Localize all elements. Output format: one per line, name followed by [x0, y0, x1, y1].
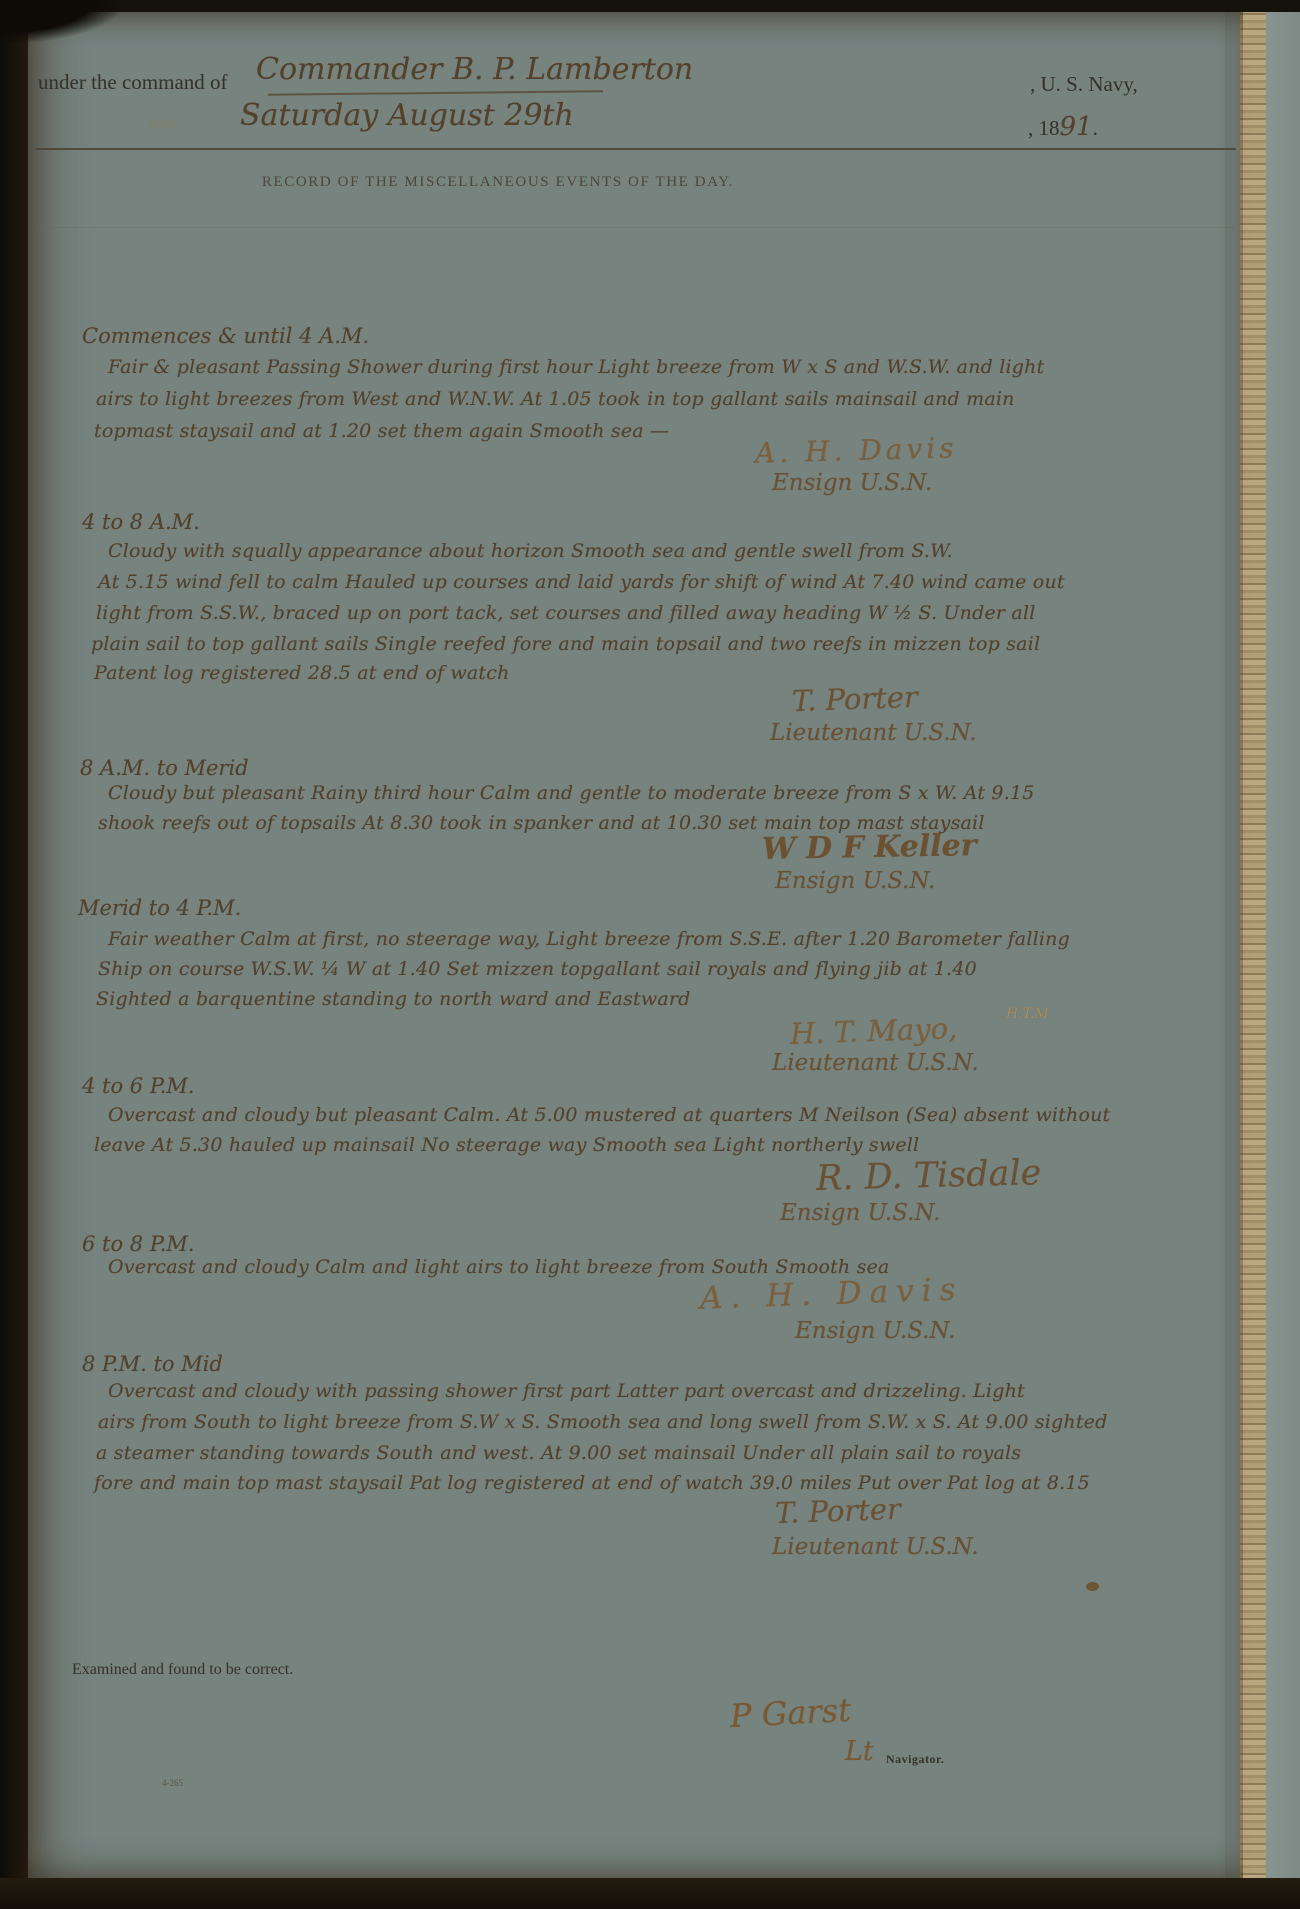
watch-officer-rank: Lieutenant U.S.N. — [772, 1050, 979, 1076]
entry-line: airs from South to light breeze from S.W… — [98, 1411, 1107, 1433]
watch-officer-rank: Ensign U.S.N. — [795, 1318, 955, 1344]
entry-line: Fair & pleasant Passing Shower during fi… — [108, 356, 1044, 378]
entry-heading: 8 A.M. to Merid — [80, 756, 249, 780]
watch-officer-rank: Lieutenant U.S.N. — [772, 1534, 979, 1560]
form-number: 4-265 — [162, 1778, 183, 1788]
ink-blot — [1086, 1582, 1099, 1591]
logbook-paper: under the command of Commander B. P. Lam… — [28, 12, 1243, 1878]
entry-line: Overcast and cloudy with passing shower … — [108, 1380, 1025, 1402]
entry-line: fore and main top mast staysail Pat log … — [94, 1472, 1090, 1494]
entry-line: a steamer standing towards South and wes… — [96, 1442, 1021, 1464]
watch-officer-signature: H. T. Mayo, — [789, 1011, 957, 1051]
header-divider-rule — [36, 148, 1236, 150]
entry-line: leave At 5.30 hauled up mainsail No stee… — [94, 1134, 919, 1156]
title-divider-rule — [36, 227, 1236, 228]
entry-heading: Merid to 4 P.M. — [78, 896, 241, 920]
watch-officer-signature: T. Porter — [774, 1492, 901, 1530]
entry-line: Overcast and cloudy but pleasant Calm. A… — [108, 1104, 1110, 1126]
watch-officer-rank: Ensign U.S.N. — [772, 470, 932, 496]
entry-heading: 4 to 6 P.M. — [82, 1074, 195, 1098]
entry-line: topmast staysail and at 1.20 set them ag… — [94, 420, 669, 442]
navigator-signature-suffix: Lt — [845, 1736, 874, 1767]
entry-line: light from S.S.W., braced up on port tac… — [96, 602, 1036, 624]
entry-line: Fair weather Calm at first, no steerage … — [108, 928, 1070, 950]
entry-line: Cloudy with squally appearance about hor… — [108, 540, 953, 562]
watch-officer-rank: Lieutenant U.S.N. — [770, 720, 977, 746]
signature-annotation: H.T.M — [1006, 1006, 1049, 1022]
entry-line: Patent log registered 28.5 at end of wat… — [94, 662, 510, 684]
stacked-page-edges — [1240, 0, 1266, 1909]
commander-name-handwritten: Commander B. P. Lamberton — [256, 52, 693, 87]
entry-line: plain sail to top gallant sails Single r… — [91, 633, 1040, 655]
year-handwritten: 91 — [1060, 112, 1093, 142]
commander-underline — [268, 90, 603, 95]
entry-line: Cloudy but pleasant Rainy third hour Cal… — [108, 782, 1035, 804]
entry-heading: 4 to 8 A.M. — [82, 510, 200, 534]
watch-officer-signature: W D F Keller — [762, 828, 977, 867]
scan-bottom-edge — [0, 1878, 1300, 1909]
scan-top-edge — [0, 0, 1300, 12]
watch-officer-rank: Ensign U.S.N. — [775, 868, 935, 894]
header-printed-prefix: under the command of — [38, 70, 228, 95]
watch-officer-signature: A. H. Davis — [755, 431, 958, 469]
watch-officer-signature: T. Porter — [791, 680, 918, 718]
entry-line: Sighted a barquentine standing to north … — [96, 988, 691, 1010]
entry-line: Overcast and cloudy Calm and light airs … — [108, 1256, 890, 1278]
logbook-page-scan: under the command of Commander B. P. Lam… — [0, 0, 1300, 1909]
navigator-label: Navigator. — [886, 1752, 944, 1767]
paper-smudge — [148, 120, 178, 128]
date-handwritten: Saturday August 29th — [240, 98, 574, 133]
entry-line: At 5.15 wind fell to calm Hauled up cour… — [98, 571, 1065, 593]
entry-heading: 6 to 8 P.M. — [82, 1232, 195, 1256]
binding-edge-shadow — [0, 0, 28, 1909]
watch-officer-signature: A. H. Davis — [699, 1271, 964, 1316]
examined-statement: Examined and found to be correct. — [72, 1661, 293, 1679]
watch-officer-signature: R. D. Tisdale — [816, 1153, 1042, 1199]
watch-officer-rank: Ensign U.S.N. — [780, 1200, 940, 1226]
entry-heading: Commences & until 4 A.M. — [82, 324, 369, 348]
entry-line: Ship on course W.S.W. ¼ W at 1.40 Set mi… — [98, 958, 977, 980]
header-navy-label: , U. S. Navy, — [1030, 72, 1138, 97]
navigator-signature: P Garst — [729, 1691, 852, 1735]
corner-shadow — [0, 0, 120, 42]
entry-heading: 8 P.M. to Mid — [82, 1352, 223, 1376]
year-printed-prefix: , 18 — [1028, 116, 1060, 140]
year-line: , 1891. — [1028, 112, 1098, 142]
record-title: RECORD OF THE MISCELLANEOUS EVENTS OF TH… — [178, 174, 818, 191]
year-period: . — [1093, 116, 1098, 140]
entry-line: airs to light breezes from West and W.N.… — [96, 388, 1015, 410]
